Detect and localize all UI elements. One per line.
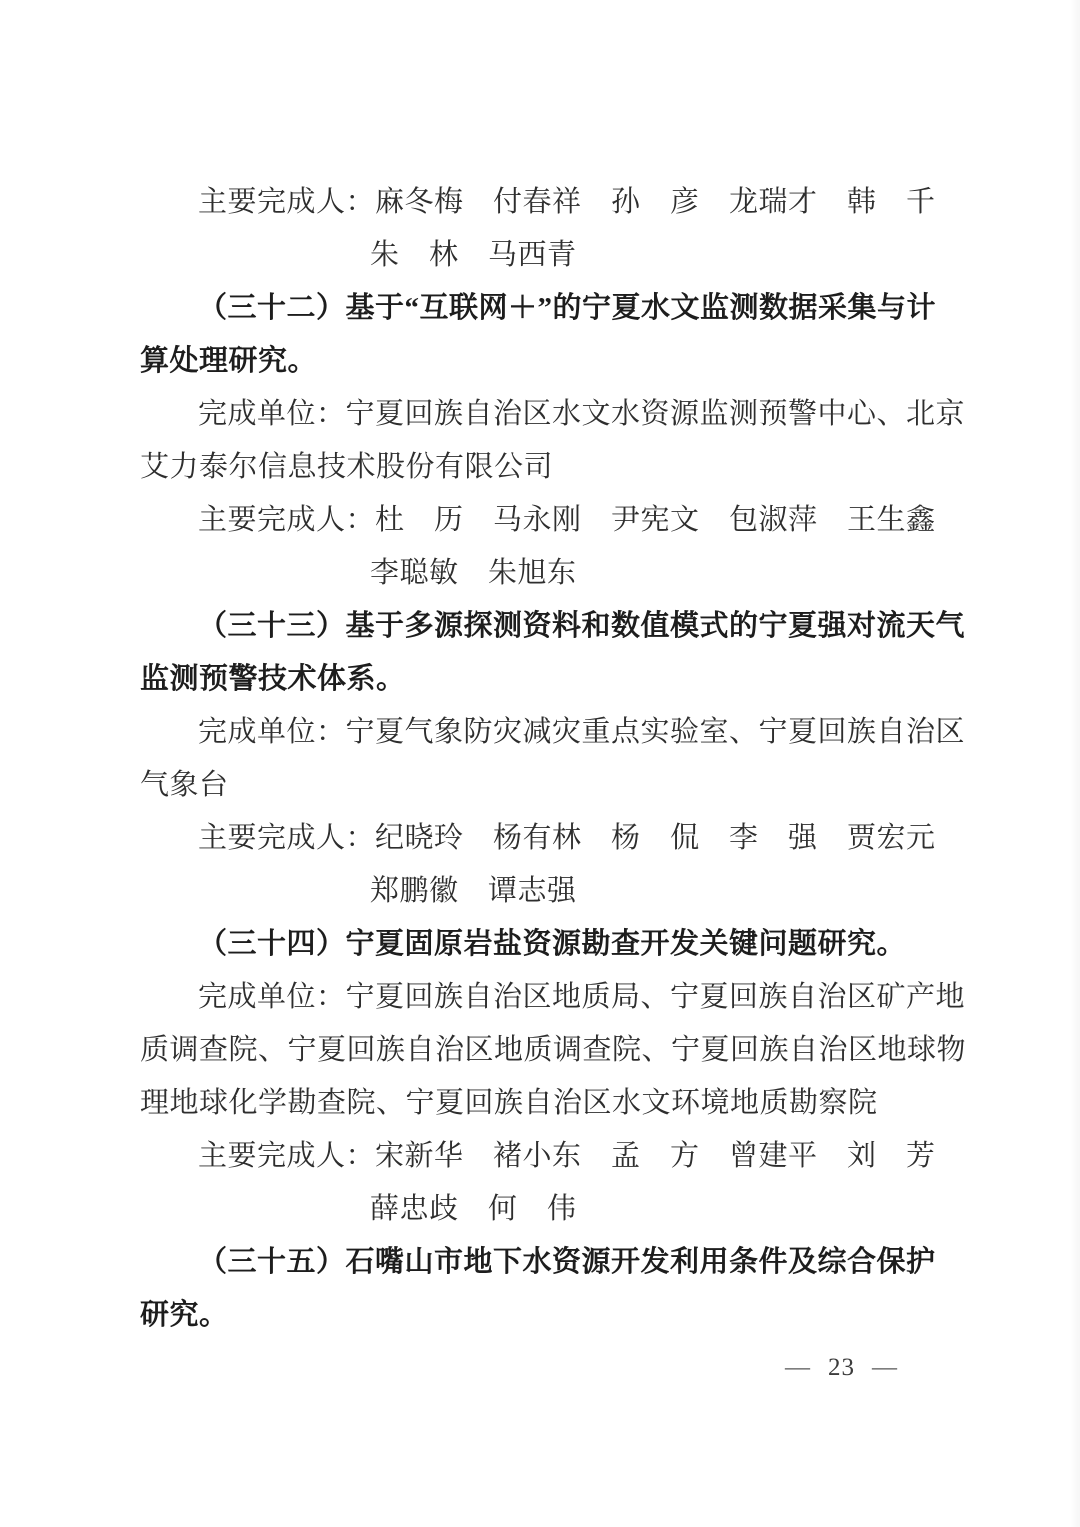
completion-units-line: 理地球化学勘查院、宁夏回族自治区水文环境地质勘察院	[140, 1077, 948, 1130]
completion-units-line: 完成单位：宁夏回族自治区地质局、宁夏回族自治区矿产地	[140, 971, 948, 1024]
page-number: 23	[828, 1354, 855, 1382]
completers-line: 薛忠歧 何 伟	[140, 1183, 948, 1236]
completers-line: 主要完成人：麻冬梅 付春祥 孙 彦 龙瑞才 韩 千	[140, 176, 948, 229]
document-page: { "page": { "number": "23", "dash_left":…	[0, 0, 1080, 1527]
section-32-title-line: 算处理研究。	[140, 335, 948, 388]
scan-edge-shadow	[1070, 0, 1080, 1527]
page-number-dash-left: —	[785, 1354, 811, 1382]
completers-line: 李聪敏 朱旭东	[140, 547, 948, 600]
section-32-title-line: （三十二）基于“互联网＋”的宁夏水文监测数据采集与计	[140, 282, 948, 335]
completers-line: 主要完成人：杜 历 马永刚 尹宪文 包淑萍 王生鑫	[140, 494, 948, 547]
completion-units-line: 气象台	[140, 759, 948, 812]
completers-line: 主要完成人：宋新华 褚小东 孟 方 曾建平 刘 芳	[140, 1130, 948, 1183]
completers-line: 郑鹏徽 谭志强	[140, 865, 948, 918]
completion-units-line: 质调查院、宁夏回族自治区地质调查院、宁夏回族自治区地球物	[140, 1024, 948, 1077]
document-text-block: 主要完成人：麻冬梅 付春祥 孙 彦 龙瑞才 韩 千 朱 林 马西青 （三十二）基…	[140, 176, 948, 1342]
section-33-title-line: （三十三）基于多源探测资料和数值模式的宁夏强对流天气	[140, 600, 948, 653]
completers-line: 朱 林 马西青	[140, 229, 948, 282]
completion-units-line: 艾力泰尔信息技术股份有限公司	[140, 441, 948, 494]
section-33-title-line: 监测预警技术体系。	[140, 653, 948, 706]
page-footer: — 23 —	[785, 1348, 898, 1388]
section-35-title-line: 研究。	[140, 1289, 948, 1342]
page-number-dash-right: —	[872, 1354, 898, 1382]
completion-units-line: 完成单位：宁夏气象防灾减灾重点实验室、宁夏回族自治区	[140, 706, 948, 759]
completers-line: 主要完成人：纪晓玲 杨有林 杨 侃 李 强 贾宏元	[140, 812, 948, 865]
section-35-title-line: （三十五）石嘴山市地下水资源开发利用条件及综合保护	[140, 1236, 948, 1289]
section-34-title-line: （三十四）宁夏固原岩盐资源勘查开发关键问题研究。	[140, 918, 948, 971]
completion-units-line: 完成单位：宁夏回族自治区水文水资源监测预警中心、北京	[140, 388, 948, 441]
